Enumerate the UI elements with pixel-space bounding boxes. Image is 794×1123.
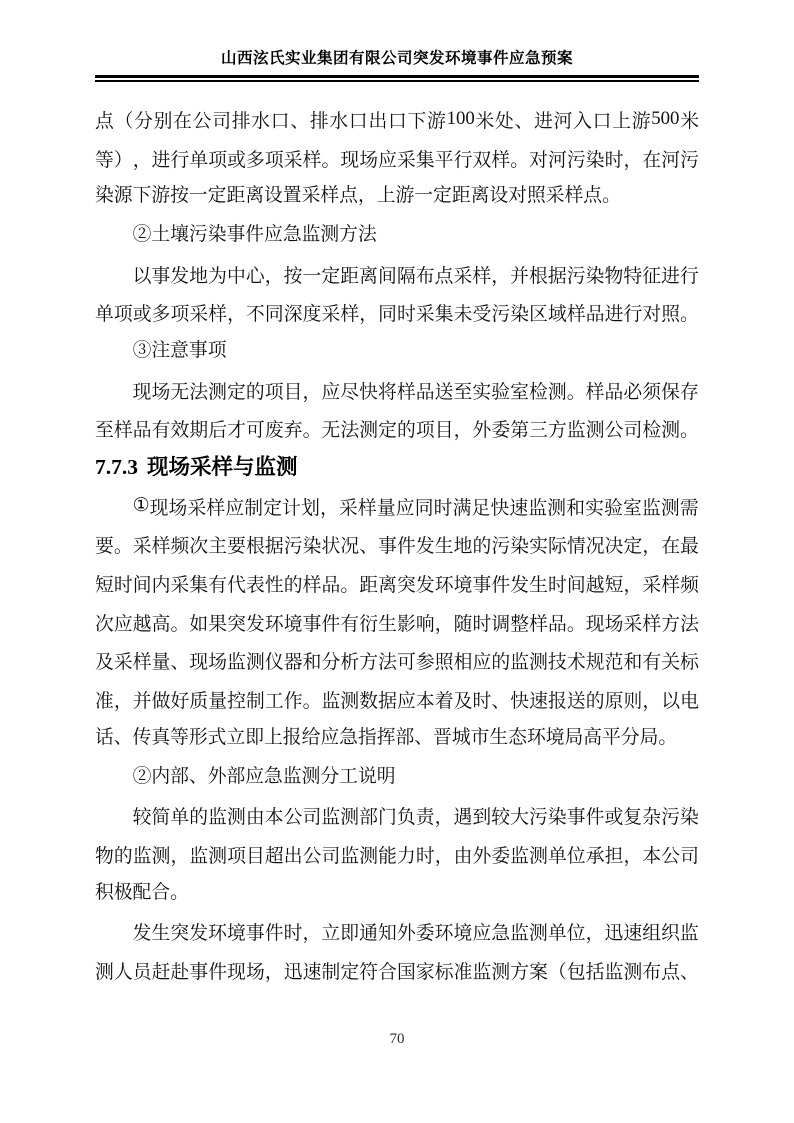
text-line: 单项或多项采样，不同深度采样，同时采集未受污染区域样品进行对照。 bbox=[95, 293, 699, 332]
text-line: 现场无法测定的项目，应尽快将样品送至实验室检测。样品必须保存 bbox=[95, 371, 699, 410]
text-line: 染源下游按一定距离设置采样点，上游一定距离设对照采样点。 bbox=[95, 177, 699, 216]
section-heading: 7.7.3现场采样与监测 bbox=[95, 448, 699, 487]
text-line: 发生突发环境事件时，立即通知外委环境应急监测单位，迅速组织监 bbox=[95, 912, 699, 951]
paragraph-soil-monitoring-method: ②土壤污染事件应急监测方法 bbox=[95, 216, 699, 255]
section-heading-title: 现场采样与监测 bbox=[147, 455, 298, 479]
text-line: 等），进行单项或多项采样。现场应采集平行双样。对河污染时，在河污 bbox=[95, 139, 699, 178]
text-line: 话、传真等形式立即上报给应急指挥部、晋城市生态环境局高平分局。 bbox=[95, 719, 699, 758]
text-line: ①现场采样应制定计划，采样量应同时满足快速监测和实验室监测需 bbox=[95, 487, 699, 526]
section-heading-number: 7.7.3 bbox=[95, 455, 138, 479]
text-line: 短时间内采集有代表性的样品。距离突发环境事件发生时间越短，采样频 bbox=[95, 564, 699, 603]
page-number: 70 bbox=[390, 1031, 405, 1047]
text-line: ②土壤污染事件应急监测方法 bbox=[95, 216, 699, 255]
paragraph-division-of-labor: 较简单的监测由本公司监测部门负责，遇到较大污染事件或复杂污染 物的监测，监测项目… bbox=[95, 796, 699, 912]
page-footer: 70 bbox=[0, 1031, 794, 1048]
text-line: ②内部、外部应急监测分工说明 bbox=[95, 758, 699, 797]
header-double-rule bbox=[95, 75, 699, 82]
document-body: 点（分别在公司排水口、排水口出口下游100米处、进河入口上游500米 等），进行… bbox=[95, 100, 699, 990]
paragraph-sampling-plan: ①现场采样应制定计划，采样量应同时满足快速监测和实验室监测需 要。采样频次主要根… bbox=[95, 487, 699, 758]
text-line: 至样品有效期后才可废弃。无法测定的项目，外委第三方监测公司检测。 bbox=[95, 410, 699, 449]
paragraph-continuation: 点（分别在公司排水口、排水口出口下游100米处、进河入口上游500米 等），进行… bbox=[95, 100, 699, 216]
paragraph-soil-sampling: 以事发地为中心，按一定距离间隔布点采样，并根据污染物特征进行 单项或多项采样，不… bbox=[95, 255, 699, 332]
text-line: 测人员赶赴事件现场，迅速制定符合国家标准监测方案（包括监测布点、 bbox=[95, 951, 699, 990]
paragraph-external-monitoring: 发生突发环境事件时，立即通知外委环境应急监测单位，迅速组织监 测人员赶赴事件现场… bbox=[95, 912, 699, 989]
text-line: 要。采样频次主要根据污染状况、事件发生地的污染实际情况决定，在最 bbox=[95, 526, 699, 565]
paragraph-notes: 现场无法测定的项目，应尽快将样品送至实验室检测。样品必须保存 至样品有效期后才可… bbox=[95, 371, 699, 448]
header-title: 山西泫氏实业集团有限公司突发环境事件应急预案 bbox=[0, 46, 794, 68]
text-line: 次应越高。如果突发环境事件有衍生影响，随时调整样品。现场采样方法 bbox=[95, 603, 699, 642]
document-page: 山西泫氏实业集团有限公司突发环境事件应急预案 点（分别在公司排水口、排水口出口下… bbox=[0, 0, 794, 1123]
paragraph-division-of-labor-heading: ②内部、外部应急监测分工说明 bbox=[95, 758, 699, 797]
text-line: 以事发地为中心，按一定距离间隔布点采样，并根据污染物特征进行 bbox=[95, 255, 699, 294]
text-line: 点（分别在公司排水口、排水口出口下游100米处、进河入口上游500米 bbox=[95, 100, 699, 139]
text-line: 积极配合。 bbox=[95, 874, 699, 913]
text-line: ③注意事项 bbox=[95, 332, 699, 371]
text-line: 较简单的监测由本公司监测部门负责，遇到较大污染事件或复杂污染 bbox=[95, 796, 699, 835]
text-line: 物的监测，监测项目超出公司监测能力时，由外委监测单位承担，本公司 bbox=[95, 835, 699, 874]
text-line: 及采样量、现场监测仪器和分析方法可参照相应的监测技术规范和有关标 bbox=[95, 642, 699, 681]
text-line: 准，并做好质量控制工作。监测数据应本着及时、快速报送的原则，以电 bbox=[95, 680, 699, 719]
paragraph-notes-heading: ③注意事项 bbox=[95, 332, 699, 371]
